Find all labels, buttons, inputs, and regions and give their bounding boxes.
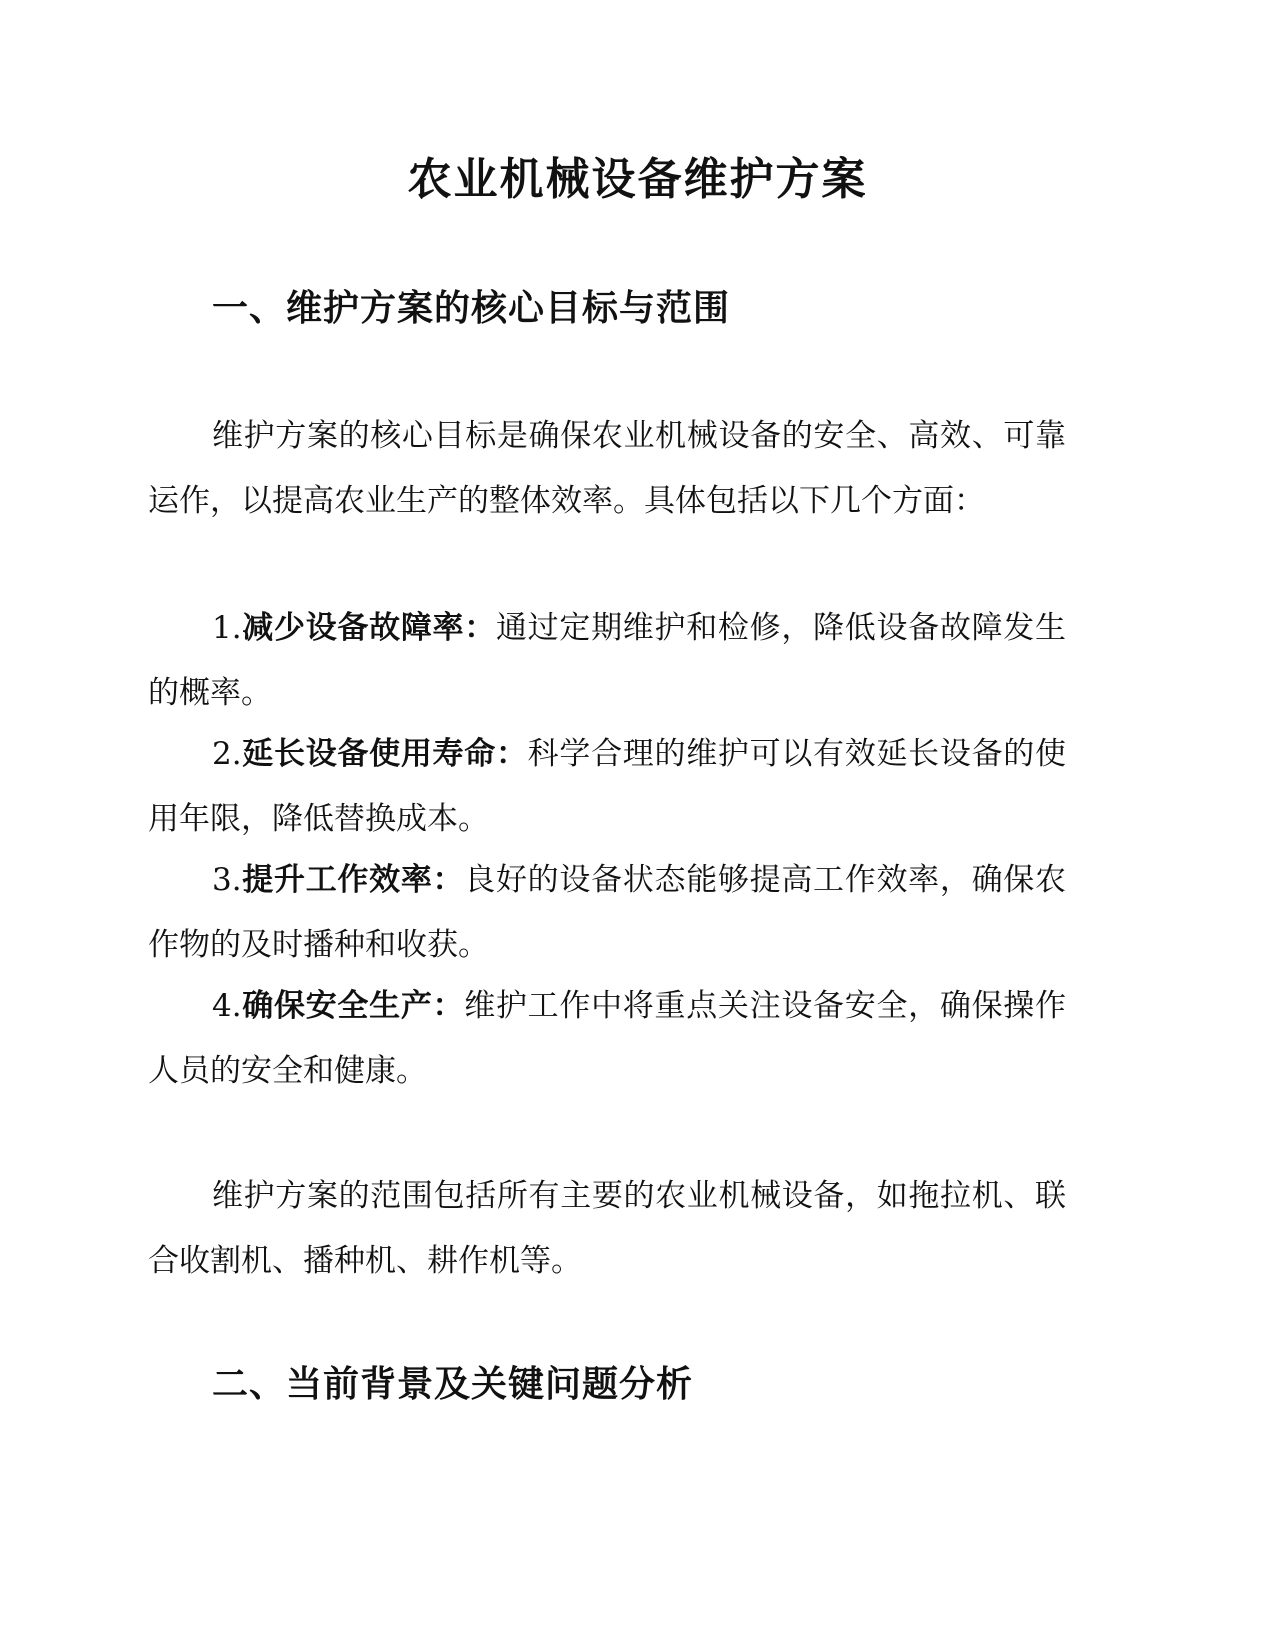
- list-item-label: 减少设备故障率：: [242, 610, 496, 646]
- list-item-label: 延长设备使用寿命：: [242, 736, 528, 772]
- list-item-4: 4.确保安全生产：维护工作中将重点关注设备安全，确保操作人员的安全和健康。: [148, 974, 1066, 1104]
- list-item-number: 4.: [212, 988, 242, 1024]
- intro-paragraph: 维护方案的核心目标是确保农业机械设备的安全、高效、可靠运作，以提高农业生产的整体…: [148, 404, 1066, 534]
- list-item-3: 3.提升工作效率：良好的设备状态能够提高工作效率，确保农作物的及时播种和收获。: [148, 848, 1066, 978]
- list-item-number: 3.: [212, 862, 242, 898]
- list-item-2: 2.延长设备使用寿命：科学合理的维护可以有效延长设备的使用年限，降低替换成本。: [148, 722, 1066, 852]
- list-item-number: 1.: [212, 610, 242, 646]
- document-page: 农业机械设备维护方案 一、维护方案的核心目标与范围 维护方案的核心目标是确保农业…: [0, 0, 1275, 1650]
- scope-paragraph: 维护方案的范围包括所有主要的农业机械设备，如拖拉机、联合收割机、播种机、耕作机等…: [148, 1164, 1066, 1294]
- page-title: 农业机械设备维护方案: [0, 148, 1275, 212]
- list-item-number: 2.: [212, 736, 242, 772]
- section-heading-1: 一、维护方案的核心目标与范围: [212, 284, 730, 334]
- list-item-label: 提升工作效率：: [242, 862, 465, 898]
- list-item-label: 确保安全生产：: [242, 988, 465, 1024]
- section-heading-2: 二、当前背景及关键问题分析: [212, 1360, 693, 1410]
- list-item-1: 1.减少设备故障率：通过定期维护和检修，降低设备故障发生的概率。: [148, 596, 1066, 726]
